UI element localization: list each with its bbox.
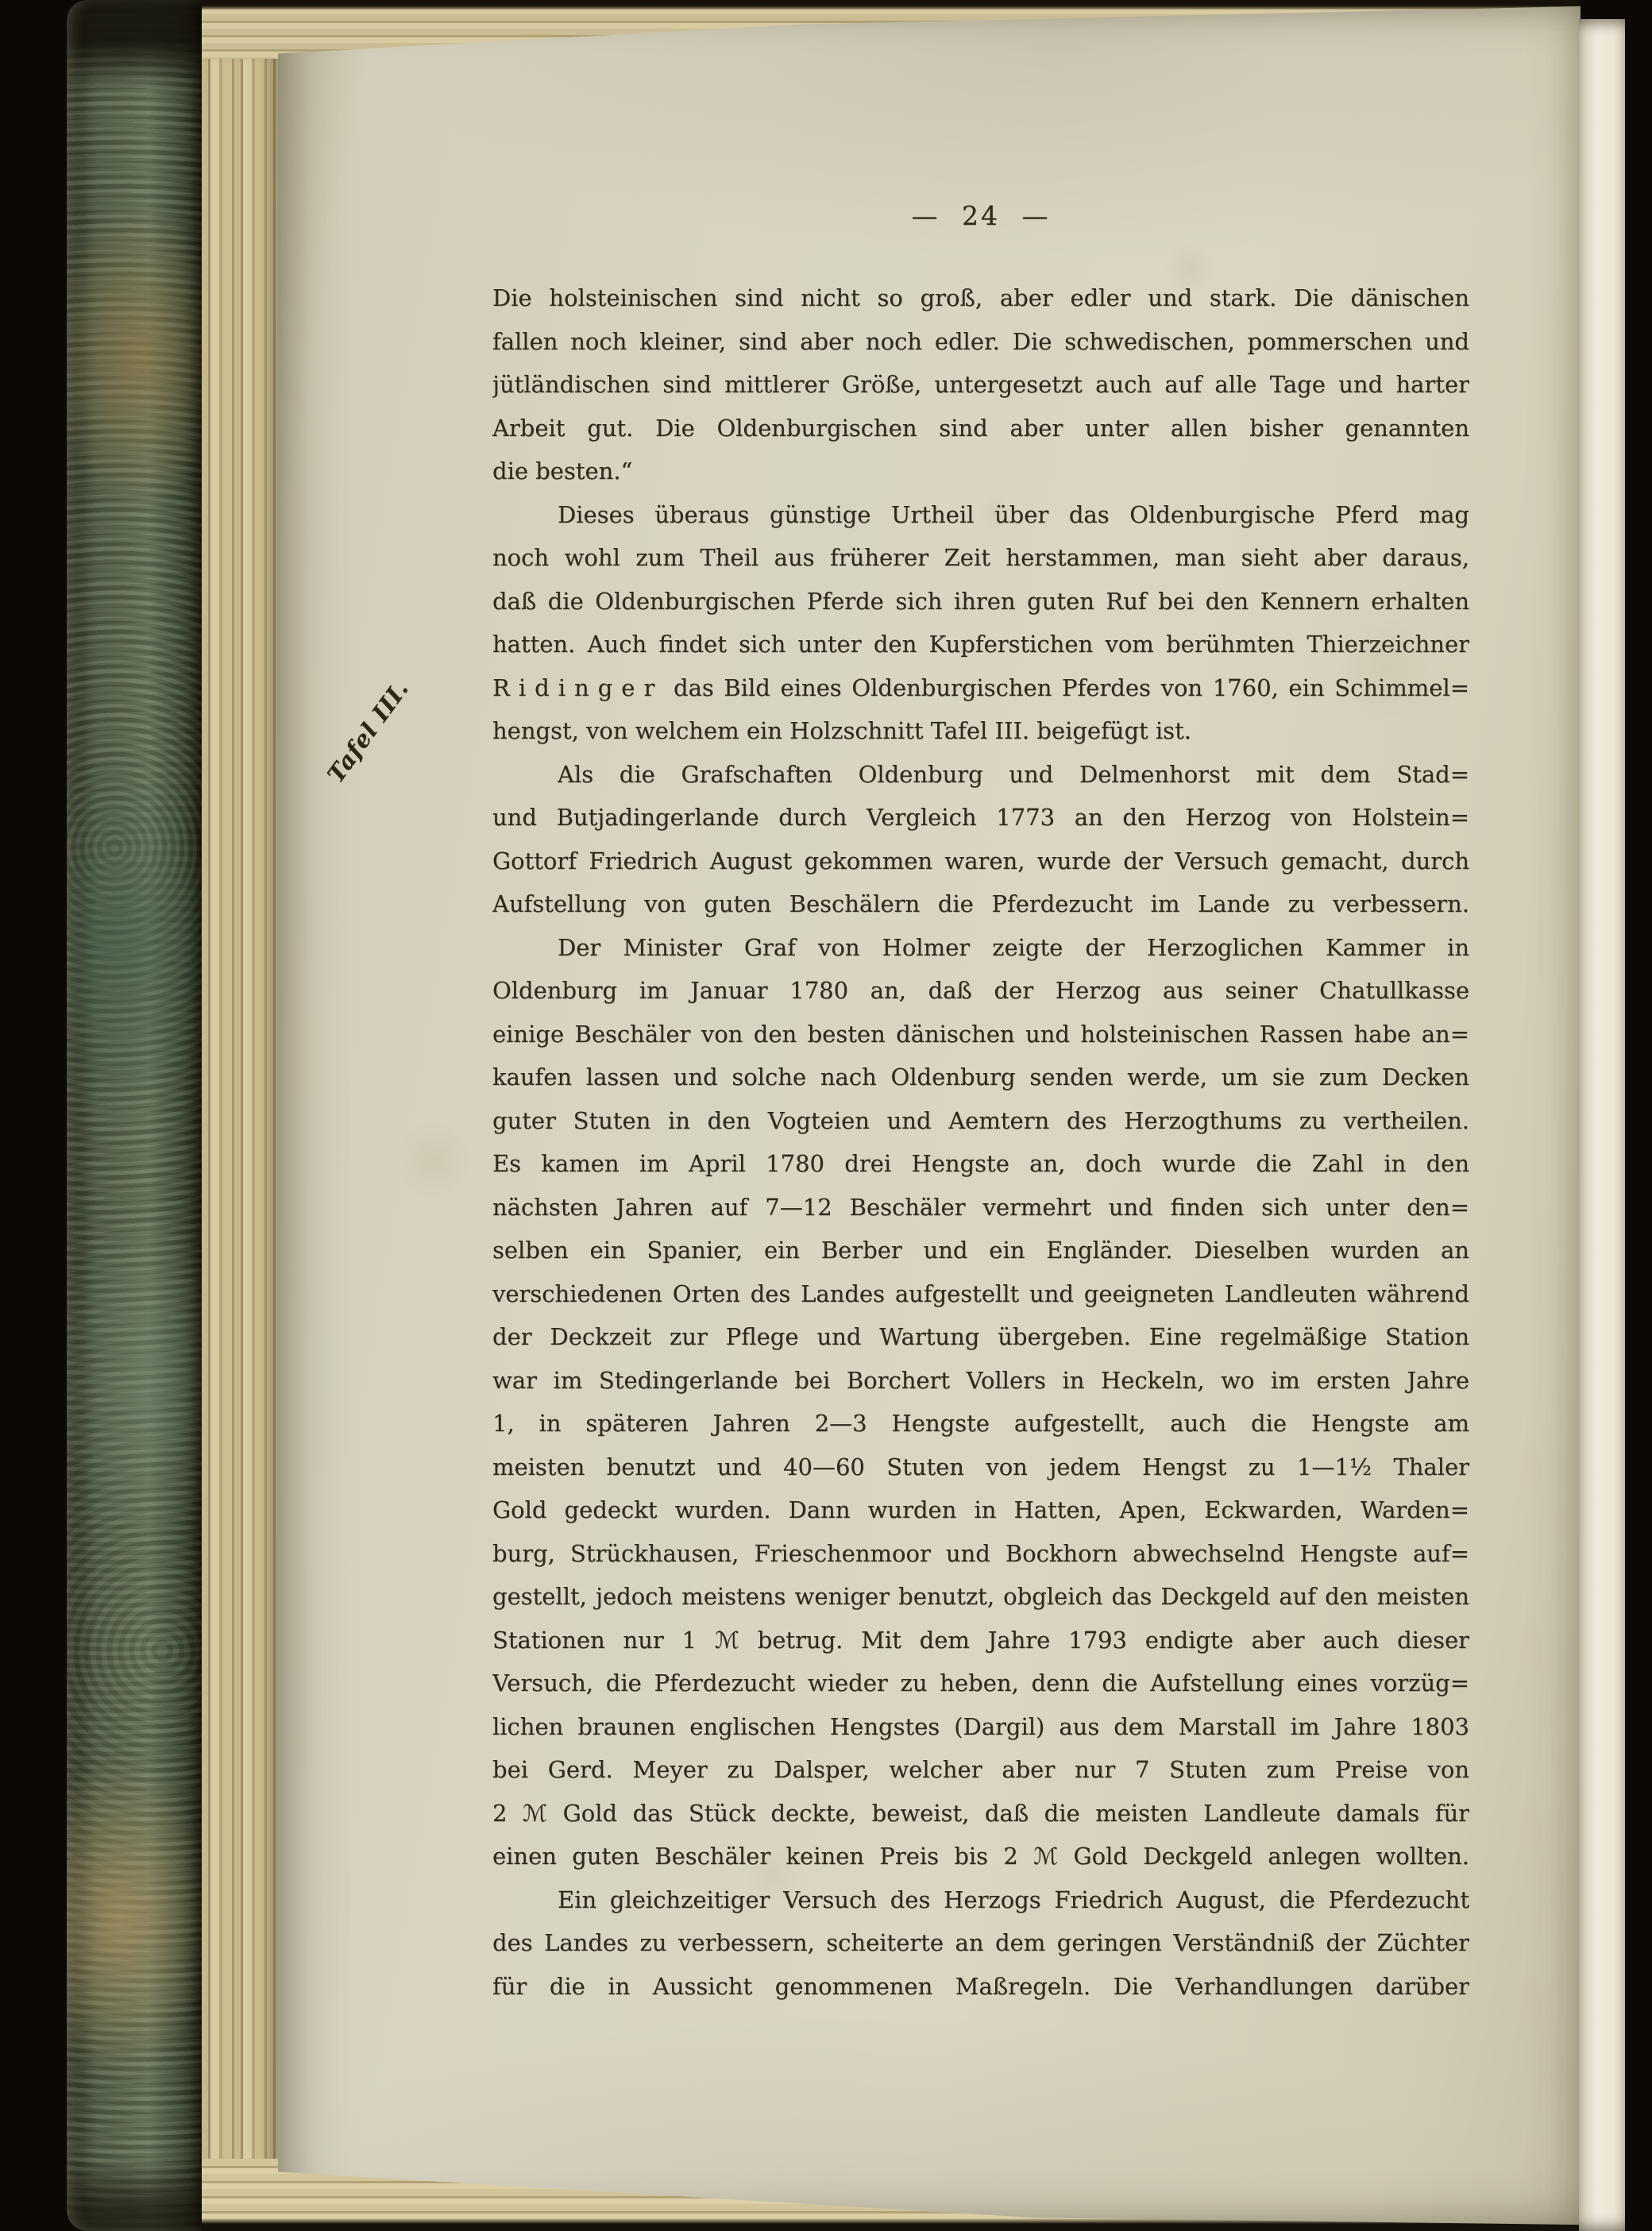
text-line: Als die Grafschaften Oldenburg und Delme… [492, 753, 1469, 797]
body-text: Die holsteinischen sind nicht so groß, a… [492, 276, 1469, 2008]
text-line: Die holsteinischen sind nicht so groß, a… [492, 276, 1469, 320]
text-line: 2 ℳ Gold das Stück deckte, beweist, daß … [492, 1792, 1469, 1835]
text-line: Aufstellung von guten Beschälern die Pfe… [492, 882, 1469, 926]
text-line: fallen noch kleiner, sind aber noch edle… [492, 320, 1469, 364]
text-line: Versuch, die Pferdezucht wieder zu heben… [492, 1662, 1469, 1705]
text-line: daß die Oldenburgischen Pferde sich ihre… [492, 580, 1469, 623]
margin-note-tafel: Tafel III. [322, 662, 423, 788]
letterspaced-name: Ridinger [492, 674, 663, 701]
text-line: lichen braunen englischen Hengstes (Darg… [492, 1705, 1469, 1749]
text-line: nächsten Jahren auf 7—12 Beschäler verme… [492, 1186, 1469, 1229]
text-line: für die in Aussicht genommenen Maßregeln… [492, 1965, 1469, 2009]
paragraph: Die holsteinischen sind nicht so groß, a… [492, 276, 1469, 493]
text-line: noch wohl zum Theil aus früherer Zeit he… [492, 536, 1469, 580]
paragraph: Ein gleichzeitiger Versuch des Herzogs F… [492, 1878, 1469, 2009]
text-line: verschiedenen Orten des Landes aufgestel… [492, 1272, 1469, 1316]
text-line: kaufen lassen und solche nach Oldenburg … [492, 1056, 1469, 1099]
book-page: — 24 — Tafel III. Die holsteinischen sin… [278, 0, 1581, 2231]
text-line: und Butjadingerlande durch Vergleich 177… [492, 796, 1469, 840]
paragraph: Dieses überaus günstige Urtheil über das… [492, 493, 1469, 753]
text-line: guter Stuten in den Vogteien und Aemtern… [492, 1099, 1469, 1143]
text-line: war im Stedingerlande bei Borchert Volle… [492, 1359, 1469, 1403]
text-line: Der Minister Graf von Holmer zeigte der … [492, 926, 1469, 970]
text-line: der Deckzeit zur Pflege und Wartung über… [492, 1315, 1469, 1359]
text-line: Es kamen im April 1780 drei Hengste an, … [492, 1142, 1469, 1186]
text-line: meisten benutzt und 40—60 Stuten von jed… [492, 1446, 1469, 1489]
book-scan: — 24 — Tafel III. Die holsteinischen sin… [0, 0, 1652, 2231]
text-line: Ridinger das Bild eines Oldenburgischen … [492, 666, 1469, 710]
text-line: burg, Strückhausen, Frieschenmoor und Bo… [492, 1532, 1469, 1576]
text-line: Stationen nur 1 ℳ betrug. Mit dem Jahre … [492, 1619, 1469, 1662]
text-line: Gottorf Friedrich August gekommen waren,… [492, 840, 1469, 883]
text-line: des Landes zu verbessern, scheiterte an … [492, 1921, 1469, 1965]
text-line: einen guten Beschäler keinen Preis bis 2… [492, 1835, 1469, 1878]
text-line: bei Gerd. Meyer zu Dalsper, welcher aber… [492, 1748, 1469, 1792]
text-line: Arbeit gut. Die Oldenburgischen sind abe… [492, 407, 1469, 450]
page-number: — 24 — [492, 200, 1469, 231]
text-line: Oldenburg im Januar 1780 an, daß der Her… [492, 969, 1469, 1013]
text-line: hengst, von welchem ein Holzschnitt Tafe… [492, 709, 1469, 753]
text-line: die besten.“ [492, 450, 1469, 493]
paragraph: Als die Grafschaften Oldenburg und Delme… [492, 753, 1469, 926]
text-line: gestellt, jedoch meistens weniger benutz… [492, 1575, 1469, 1619]
text-line: jütländischen sind mittlerer Größe, unte… [492, 363, 1469, 407]
text-line: 1, in späteren Jahren 2—3 Hengste aufges… [492, 1402, 1469, 1446]
book-spine [67, 0, 203, 2231]
text-line: Ein gleichzeitiger Versuch des Herzogs F… [492, 1878, 1469, 1922]
paragraph: Der Minister Graf von Holmer zeigte der … [492, 926, 1469, 1878]
text-line: einige Beschäler von den besten dänische… [492, 1013, 1469, 1056]
text-line: selben ein Spanier, ein Berber und ein E… [492, 1229, 1469, 1272]
adjacent-page-edge [1579, 19, 1625, 2231]
text-line: Dieses überaus günstige Urtheil über das… [492, 493, 1469, 537]
page-edges-left [202, 0, 280, 2231]
text-line: Gold gedeckt wurden. Dann wurden in Hatt… [492, 1488, 1469, 1532]
text-line: hatten. Auch findet sich unter den Kupfe… [492, 623, 1469, 666]
